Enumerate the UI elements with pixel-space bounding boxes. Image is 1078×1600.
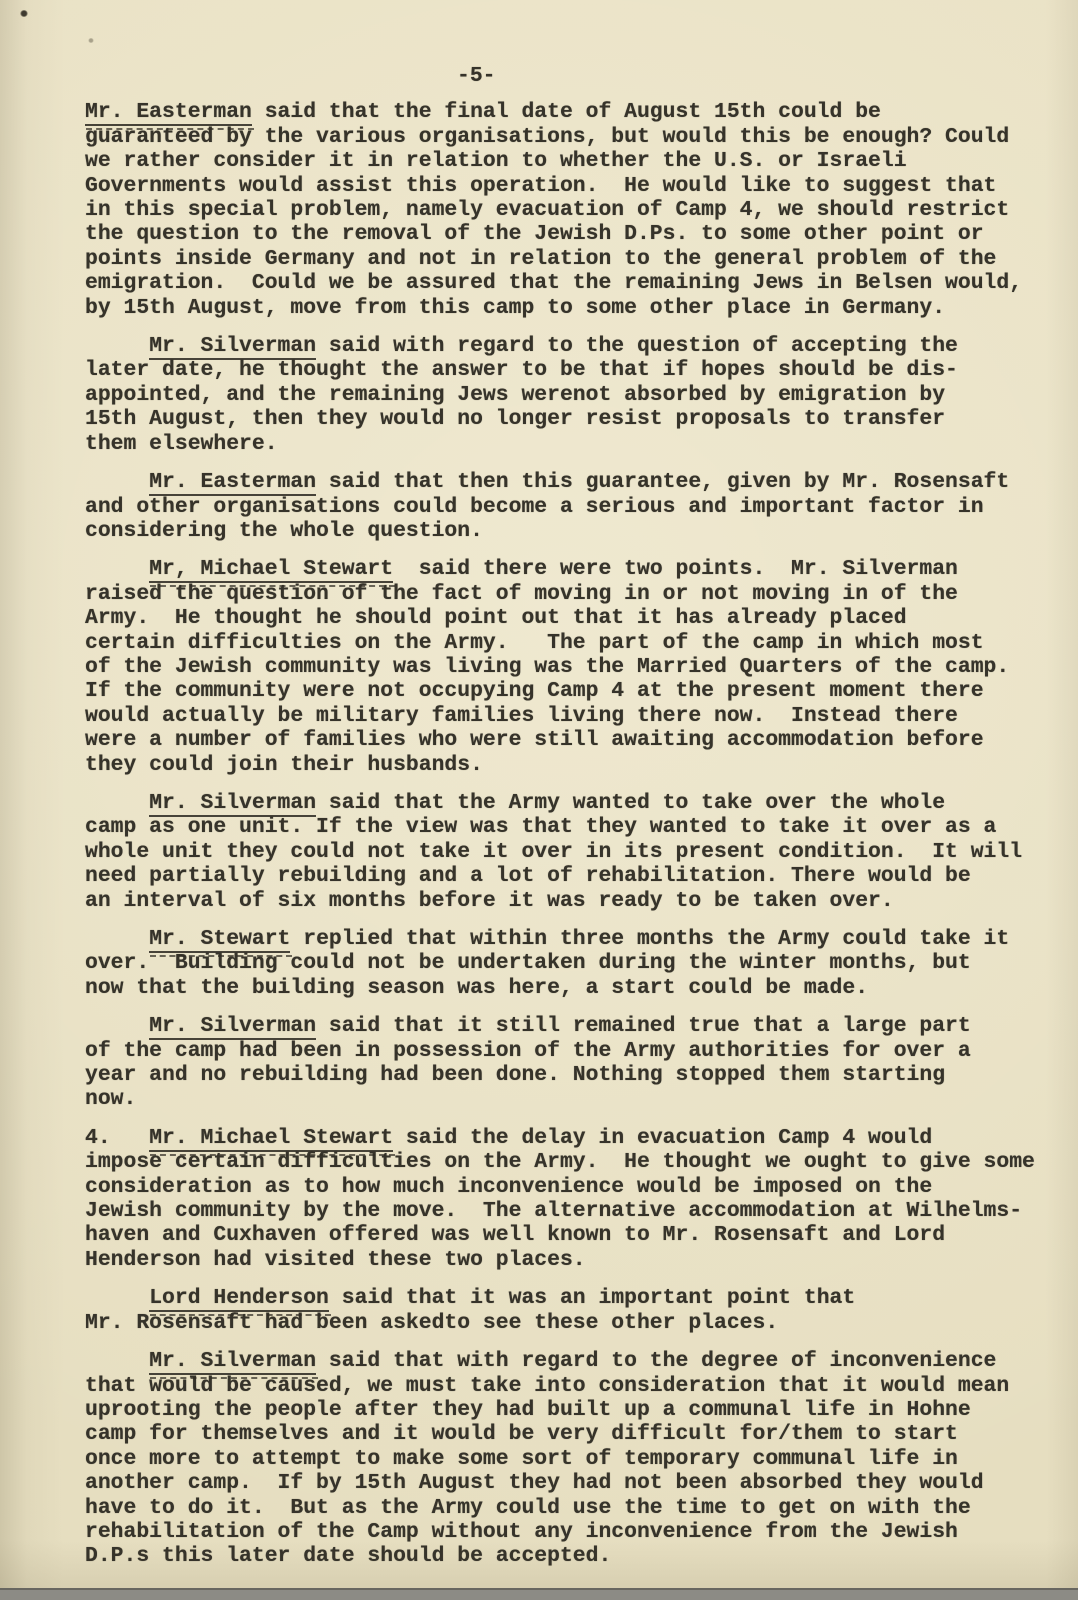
speaker-name: Mr. Silverman [149,1349,316,1375]
text-line: of the Jewish community was living was t… [85,655,1050,679]
text-line: were a number of families who were still… [85,728,1050,752]
text-line: D.P.s this later date should be accepted… [85,1544,1050,1568]
text-line: Mr. Silverman said that it still remaine… [85,1014,1050,1038]
text-line: Governments would assist this operation.… [85,174,1050,198]
text-line: uprooting the people after they had buil… [85,1398,1050,1422]
text-line: have to do it. But as the Army could use… [85,1496,1050,1520]
text-line: the question to the removal of the Jewis… [85,222,1050,246]
first-line-text: said the delay in evacuation Camp 4 woul… [393,1126,932,1150]
speaker-name: Mr, Michael Stewart [149,557,393,583]
text-line: If the community were not occupying Camp… [85,679,1050,703]
text-line: they could join their husbands. [85,753,1050,777]
paragraph-prefix [85,1014,149,1038]
paragraph: Mr. Silverman said that with regard to t… [85,1349,1050,1569]
first-line-text: said that the Army wanted to take over t… [316,791,945,815]
text-line: an interval of six months before it was … [85,889,1050,913]
text-line: we rather consider it in relation to whe… [85,149,1050,173]
first-line-text: said that with regard to the degree of i… [316,1349,996,1373]
paragraph-prefix [85,470,149,494]
text-line: would actually be military families livi… [85,704,1050,728]
text-line: in this special problem, namely evacuati… [85,198,1050,222]
text-line: points inside Germany and not in relatio… [85,247,1050,271]
text-line: camp for themselves and it would be very… [85,1422,1050,1446]
paragraph: Lord Henderson said that it was an impor… [85,1286,1050,1335]
first-line-text: said that it still remained true that a … [316,1014,971,1038]
text-line: later date, he thought the answer to be … [85,358,1050,382]
document-body: Mr. Easterman said that the final date o… [85,100,1050,1568]
text-line: Lord Henderson said that it was an impor… [85,1286,1050,1310]
paragraph: Mr. Silverman said that it still remaine… [85,1014,1050,1112]
paragraph: 4. Mr. Michael Stewart said the delay in… [85,1126,1050,1272]
text-line: considering the whole question. [85,519,1050,543]
text-line: Henderson had visited these two places. [85,1248,1050,1272]
speaker-name: Mr. Silverman [149,334,316,360]
paragraph-prefix [85,1286,149,1310]
paragraph: Mr. Easterman said that the final date o… [85,100,1050,320]
paragraph-prefix [85,334,149,358]
text-line: year and no rebuilding had been done. No… [85,1063,1050,1087]
ink-speck [20,10,28,17]
paragraph: Mr. Stewart replied that within three mo… [85,927,1050,1000]
first-line-text: said that then this guarantee, given by … [316,470,1009,494]
text-line: 4. Mr. Michael Stewart said the delay in… [85,1126,1050,1150]
text-line: Mr. Silverman said with regard to the qu… [85,334,1050,358]
paragraph-prefix: 4. [85,1126,149,1150]
speaker-name: Mr. Silverman [149,1014,316,1040]
first-line-text: said with regard to the question of acce… [316,334,958,358]
paragraph-prefix [85,791,149,815]
speaker-name: Mr. Easterman [149,470,316,496]
text-line: Mr. Silverman said that the Army wanted … [85,791,1050,815]
text-line: certain difficulties on the Army. The pa… [85,631,1050,655]
text-line: Mr. Silverman said that with regard to t… [85,1349,1050,1373]
text-line: another camp. If by 15th August they had… [85,1471,1050,1495]
first-line-text: said that the final date of August 15th … [252,100,881,124]
text-line: camp as one unit. If the view was that t… [85,815,1050,839]
text-line: now. [85,1087,1050,1111]
paragraph: Mr. Easterman said that then this guaran… [85,470,1050,543]
text-line: by 15th August, move from this camp to s… [85,296,1050,320]
document-page: -5- Mr. Easterman said that the final da… [0,0,1078,1588]
text-line: emigration. Could we be assured that the… [85,271,1050,295]
text-line: them elsewhere. [85,432,1050,456]
text-line: Mr. Easterman said that the final date o… [85,100,1050,124]
text-line: haven and Cuxhaven offered was well know… [85,1223,1050,1247]
text-line: rehabilitation of the Camp without any i… [85,1520,1050,1544]
text-line: and other organisations could become a s… [85,495,1050,519]
first-line-text: said there were two points. Mr. Silverma… [393,557,958,581]
ink-speck [88,38,94,43]
first-line-text: said that it was an important point that [329,1286,855,1310]
paragraph-prefix [85,1349,149,1373]
speaker-name: Mr. Silverman [149,791,316,817]
text-line: now that the building season was here, a… [85,976,1050,1000]
paragraph: Mr. Silverman said with regard to the qu… [85,334,1050,456]
text-line: appointed, and the remaining Jews wereno… [85,383,1050,407]
text-line: once more to attempt to make some sort o… [85,1447,1050,1471]
text-line: Jewish community by the move. The altern… [85,1199,1050,1223]
text-line: consideration as to how much inconvenien… [85,1175,1050,1199]
page-number: -5- [457,64,1050,88]
paragraph-prefix [85,927,149,951]
speaker-name: Mr. Stewart [149,927,290,953]
text-line: Mr, Michael Stewart said there were two … [85,557,1050,581]
text-line: Mr. Stewart replied that within three mo… [85,927,1050,951]
text-line: Mr. Easterman said that then this guaran… [85,470,1050,494]
text-line: whole unit they could not take it over i… [85,840,1050,864]
text-line: of the camp had been in possession of th… [85,1039,1050,1063]
speaker-name: Mr. Michael Stewart [149,1126,393,1152]
text-line: Army. He thought he should point out tha… [85,606,1050,630]
paragraph: Mr, Michael Stewart said there were two … [85,557,1050,777]
speaker-name: Lord Henderson [149,1286,329,1312]
first-line-text: replied that within three months the Arm… [290,927,1009,951]
typed-text-block: -5- Mr. Easterman said that the final da… [85,64,1050,1569]
paragraph-prefix [85,557,149,581]
paragraph: Mr. Silverman said that the Army wanted … [85,791,1050,913]
text-line: need partially rebuilding and a lot of r… [85,864,1050,888]
text-line: 15th August, then they would no longer r… [85,407,1050,431]
speaker-name: Mr. Easterman [85,100,252,126]
